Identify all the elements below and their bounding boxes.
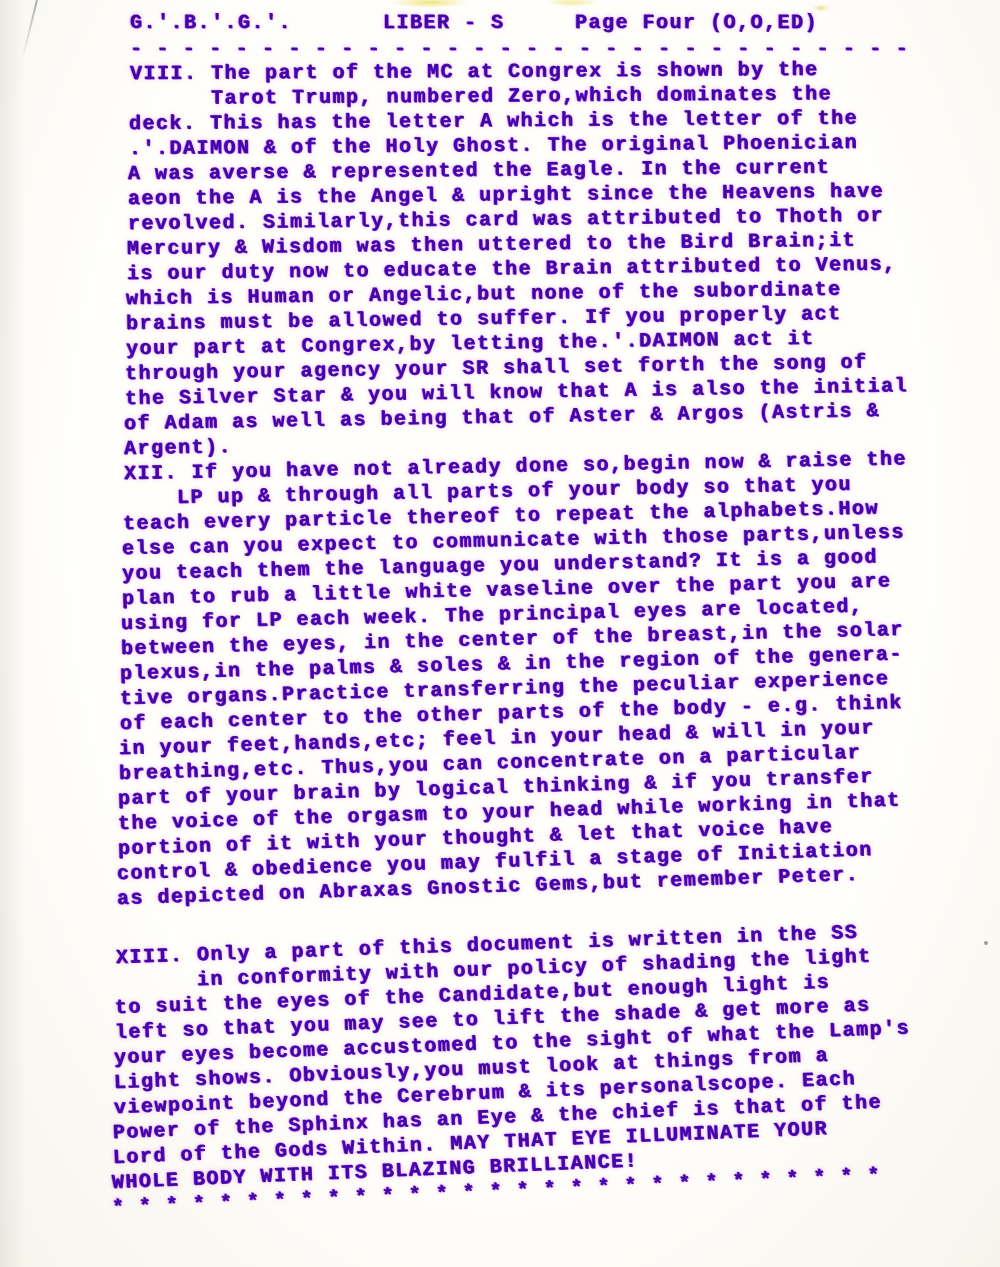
stain-mark (545, 0, 600, 7)
header-liber-title: LIBER - S (383, 10, 575, 38)
page-edge-shadow (0, 0, 26, 1267)
header-page-number: Page Four (O,O,ED) (575, 10, 818, 38)
stain-mark (390, 0, 470, 8)
page-header: G.'.B.'.G.'. LIBER - S Page Four (O,O,ED… (130, 10, 990, 38)
header-org-label: G.'.B.'.G.'. (130, 10, 383, 38)
typewritten-page: G.'.B.'.G.'. LIBER - S Page Four (O,O,ED… (130, 10, 990, 1221)
